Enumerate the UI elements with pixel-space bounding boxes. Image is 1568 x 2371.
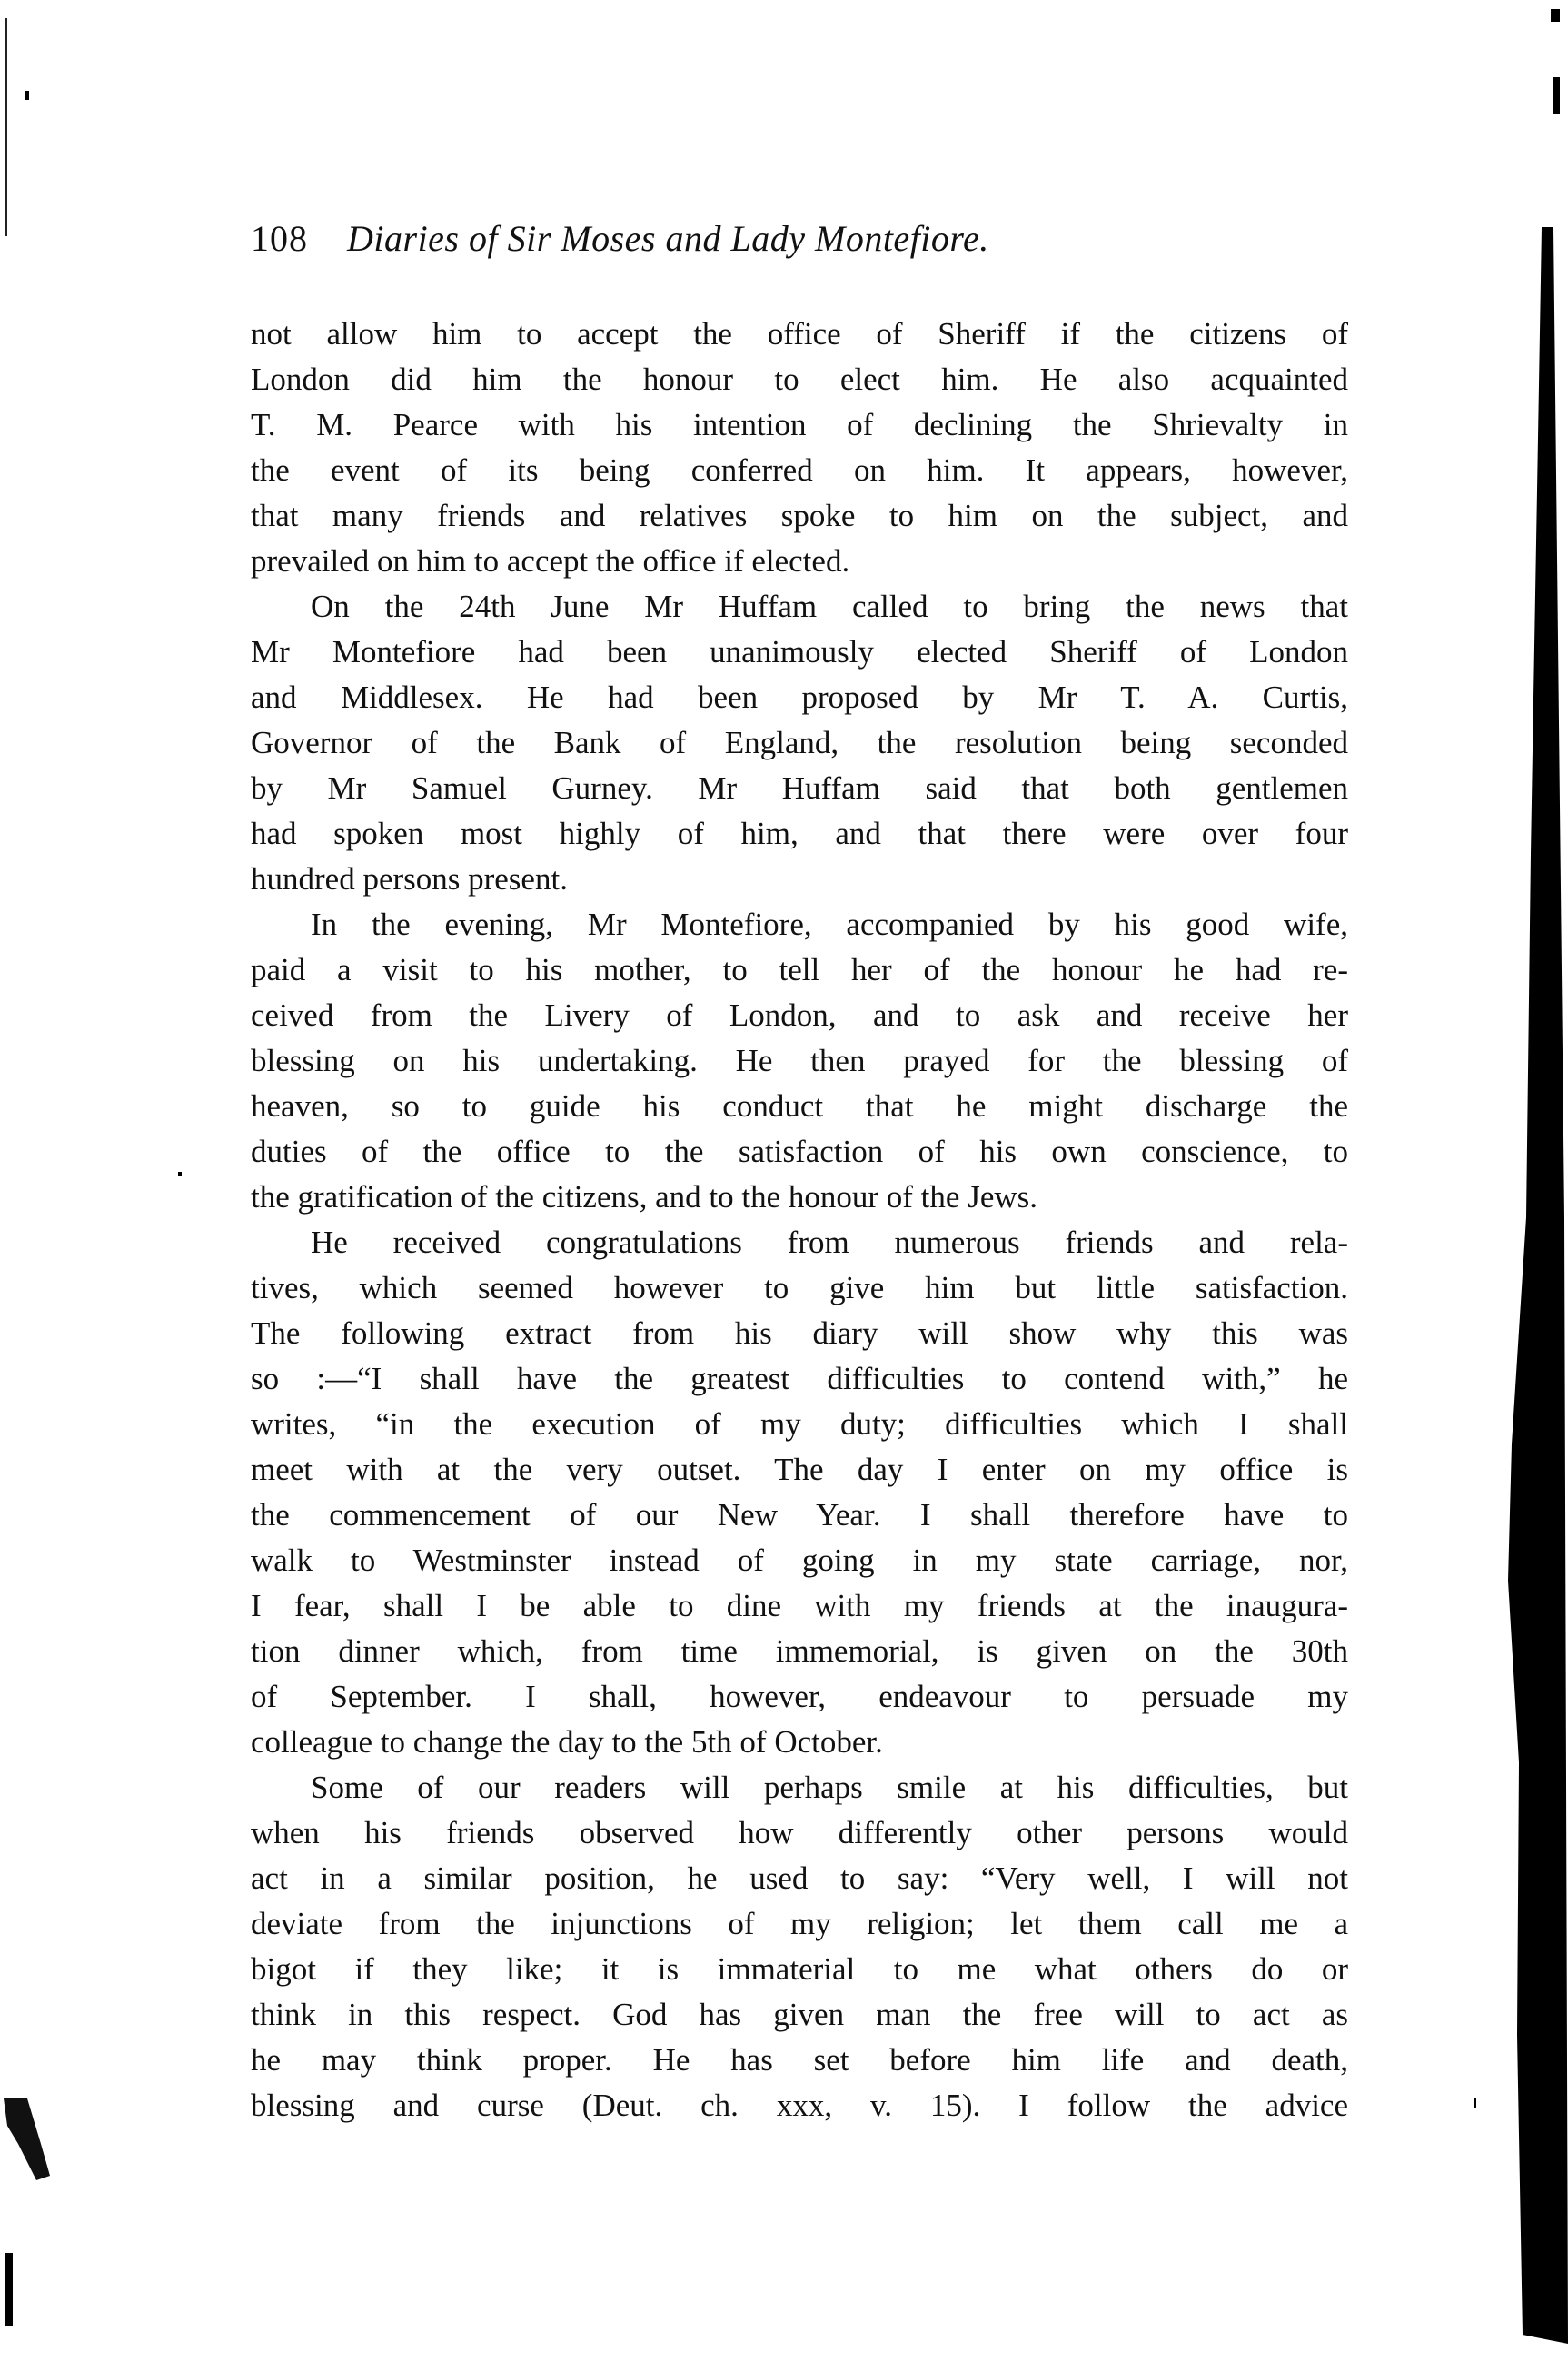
text-line: deviate from the injunctions of my relig…: [251, 1901, 1348, 1947]
scan-speck: [1551, 9, 1560, 22]
text-line: when his friends observed how differentl…: [251, 1810, 1348, 1856]
scan-speck: [1474, 2098, 1476, 2108]
text-line: act in a similar position, he used to sa…: [251, 1856, 1348, 1901]
running-header: 108 Diaries of Sir Moses and Lady Montef…: [251, 216, 1359, 262]
text-line: blessing and curse (Deut. ch. xxx, v. 15…: [251, 2083, 1348, 2128]
text-line: duties of the office to the satisfaction…: [251, 1129, 1348, 1175]
body-text: not allow him to accept the office of Sh…: [251, 312, 1348, 2128]
text-line: so :—“I shall have the greatest difficul…: [251, 1356, 1348, 1402]
text-line: the event of its being conferred on him.…: [251, 448, 1348, 493]
text-line: tion dinner which, from time immemorial,…: [251, 1629, 1348, 1674]
text-line: tives, which seemed however to give him …: [251, 1265, 1348, 1311]
text-line: writes, “in the execution of my duty; di…: [251, 1402, 1348, 1447]
text-line: bigot if they like; it is immaterial to …: [251, 1947, 1348, 1992]
text-line: walk to Westminster instead of going in …: [251, 1538, 1348, 1583]
scan-artifact-corner: [0, 2089, 55, 2198]
text-line: the commencement of our New Year. I shal…: [251, 1493, 1348, 1538]
text-line: paid a visit to his mother, to tell her …: [251, 947, 1348, 993]
text-line: he may think proper. He has set before h…: [251, 2038, 1348, 2083]
text-line: In the evening, Mr Montefiore, accompani…: [251, 902, 1348, 947]
text-line: and Middlesex. He had been proposed by M…: [251, 675, 1348, 720]
text-line: of September. I shall, however, endeavou…: [251, 1674, 1348, 1720]
text-line: ceived from the Livery of London, and to…: [251, 993, 1348, 1038]
running-title: Diaries of Sir Moses and Lady Montefiore…: [347, 218, 989, 259]
text-line: blessing on his undertaking. He then pra…: [251, 1038, 1348, 1084]
text-line: T. M. Pearce with his intention of decli…: [251, 402, 1348, 448]
text-line: hundred persons present.: [251, 857, 1348, 902]
text-line: The following extract from his diary wil…: [251, 1311, 1348, 1356]
scan-speck: [5, 2253, 13, 2326]
text-line: meet with at the very outset. The day I …: [251, 1447, 1348, 1493]
text-line: He received congratulations from numerou…: [251, 1220, 1348, 1265]
page-number: 108: [251, 216, 338, 262]
text-line: had spoken most highly of him, and that …: [251, 811, 1348, 857]
text-line: Some of our readers will perhaps smile a…: [251, 1765, 1348, 1810]
text-line: I fear, shall I be able to dine with my …: [251, 1583, 1348, 1629]
text-line: not allow him to accept the office of Sh…: [251, 312, 1348, 357]
text-line: that many friends and relatives spoke to…: [251, 493, 1348, 539]
text-line: the gratification of the citizens, and t…: [251, 1175, 1348, 1220]
text-line: heaven, so to guide his conduct that he …: [251, 1084, 1348, 1129]
scan-speck: [1553, 77, 1560, 114]
text-line: London did him the honour to elect him. …: [251, 357, 1348, 402]
text-line: prevailed on him to accept the office if…: [251, 539, 1348, 584]
text-line: Mr Montefiore had been unanimously elect…: [251, 630, 1348, 675]
scan-speck: [178, 1172, 182, 1176]
scan-speck: [25, 91, 29, 100]
text-line: On the 24th June Mr Huffam called to bri…: [251, 584, 1348, 630]
text-line: colleague to change the day to the 5th o…: [251, 1720, 1348, 1765]
text-line: think in this respect. God has given man…: [251, 1992, 1348, 2038]
page-edge-shadow: [1490, 218, 1568, 2344]
text-line: by Mr Samuel Gurney. Mr Huffam said that…: [251, 766, 1348, 811]
scan-edge-mark-left: [5, 18, 7, 236]
text-line: Governor of the Bank of England, the res…: [251, 720, 1348, 766]
scanned-book-page: 108 Diaries of Sir Moses and Lady Montef…: [0, 0, 1568, 2371]
